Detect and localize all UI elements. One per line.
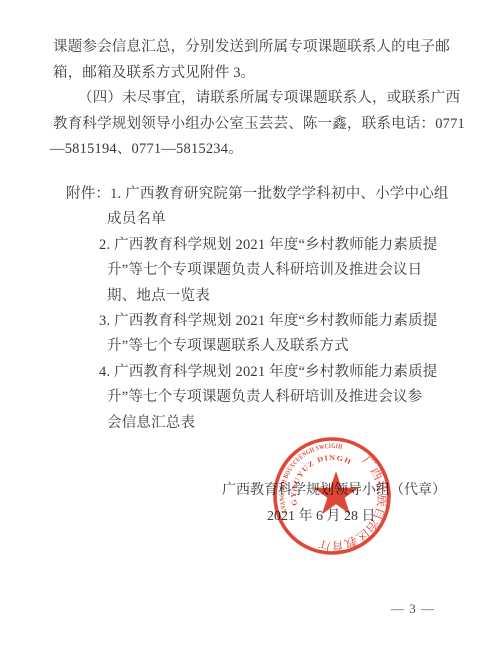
attachment-line: 成员名单 <box>107 210 166 228</box>
attachment-line: 2. 广西教育科学规划 2021 年度“乡村教师能力素质提 <box>99 236 437 254</box>
official-seal-icon: GVANGJSIH BOUXCUENGH SWCIGIH GYAUYUZ DIN… <box>270 434 394 558</box>
attachment-line: 升”等七个专项课题负责人科研培训及推进会议参 <box>107 388 422 406</box>
body-line: 箱，邮箱及联系方式见附件 3。 <box>53 64 255 82</box>
document-page: 课题参会信息汇总，分别发送到所属专项课题联系人的电子邮 箱，邮箱及联系方式见附件… <box>0 0 500 666</box>
attachment-line: 升”等七个专项课题联系人及联系方式 <box>107 337 349 355</box>
attachment-line: 4. 广西教育科学规划 2021 年度“乡村教师能力素质提 <box>99 363 437 381</box>
attachment-line: 期、地点一览表 <box>107 287 210 305</box>
attachment-line: 3. 广西教育科学规划 2021 年度“乡村教师能力素质提 <box>99 312 437 330</box>
attachment-line: 升”等七个专项课题负责人科研培训及推进会议日 <box>107 261 422 279</box>
body-line: 教育科学规划领导小组办公室玉芸芸、陈一鑫，联系电话：0771 <box>53 115 465 133</box>
body-line: 课题参会信息汇总，分别发送到所属专项课题联系人的电子邮 <box>53 38 450 56</box>
attachment-line: 附件：1. 广西教育研究院第一批数学学科初中、小学中心组 <box>66 185 449 203</box>
seal-star-icon <box>313 471 359 514</box>
body-line: —5815194、0771—5815234。 <box>50 140 243 158</box>
page-number: — 3 — <box>383 601 443 617</box>
body-line: （四）未尽事宜，请联系所属专项课题联系人，或联系广西 <box>78 89 460 107</box>
attachment-line: 会信息汇总表 <box>107 414 195 432</box>
